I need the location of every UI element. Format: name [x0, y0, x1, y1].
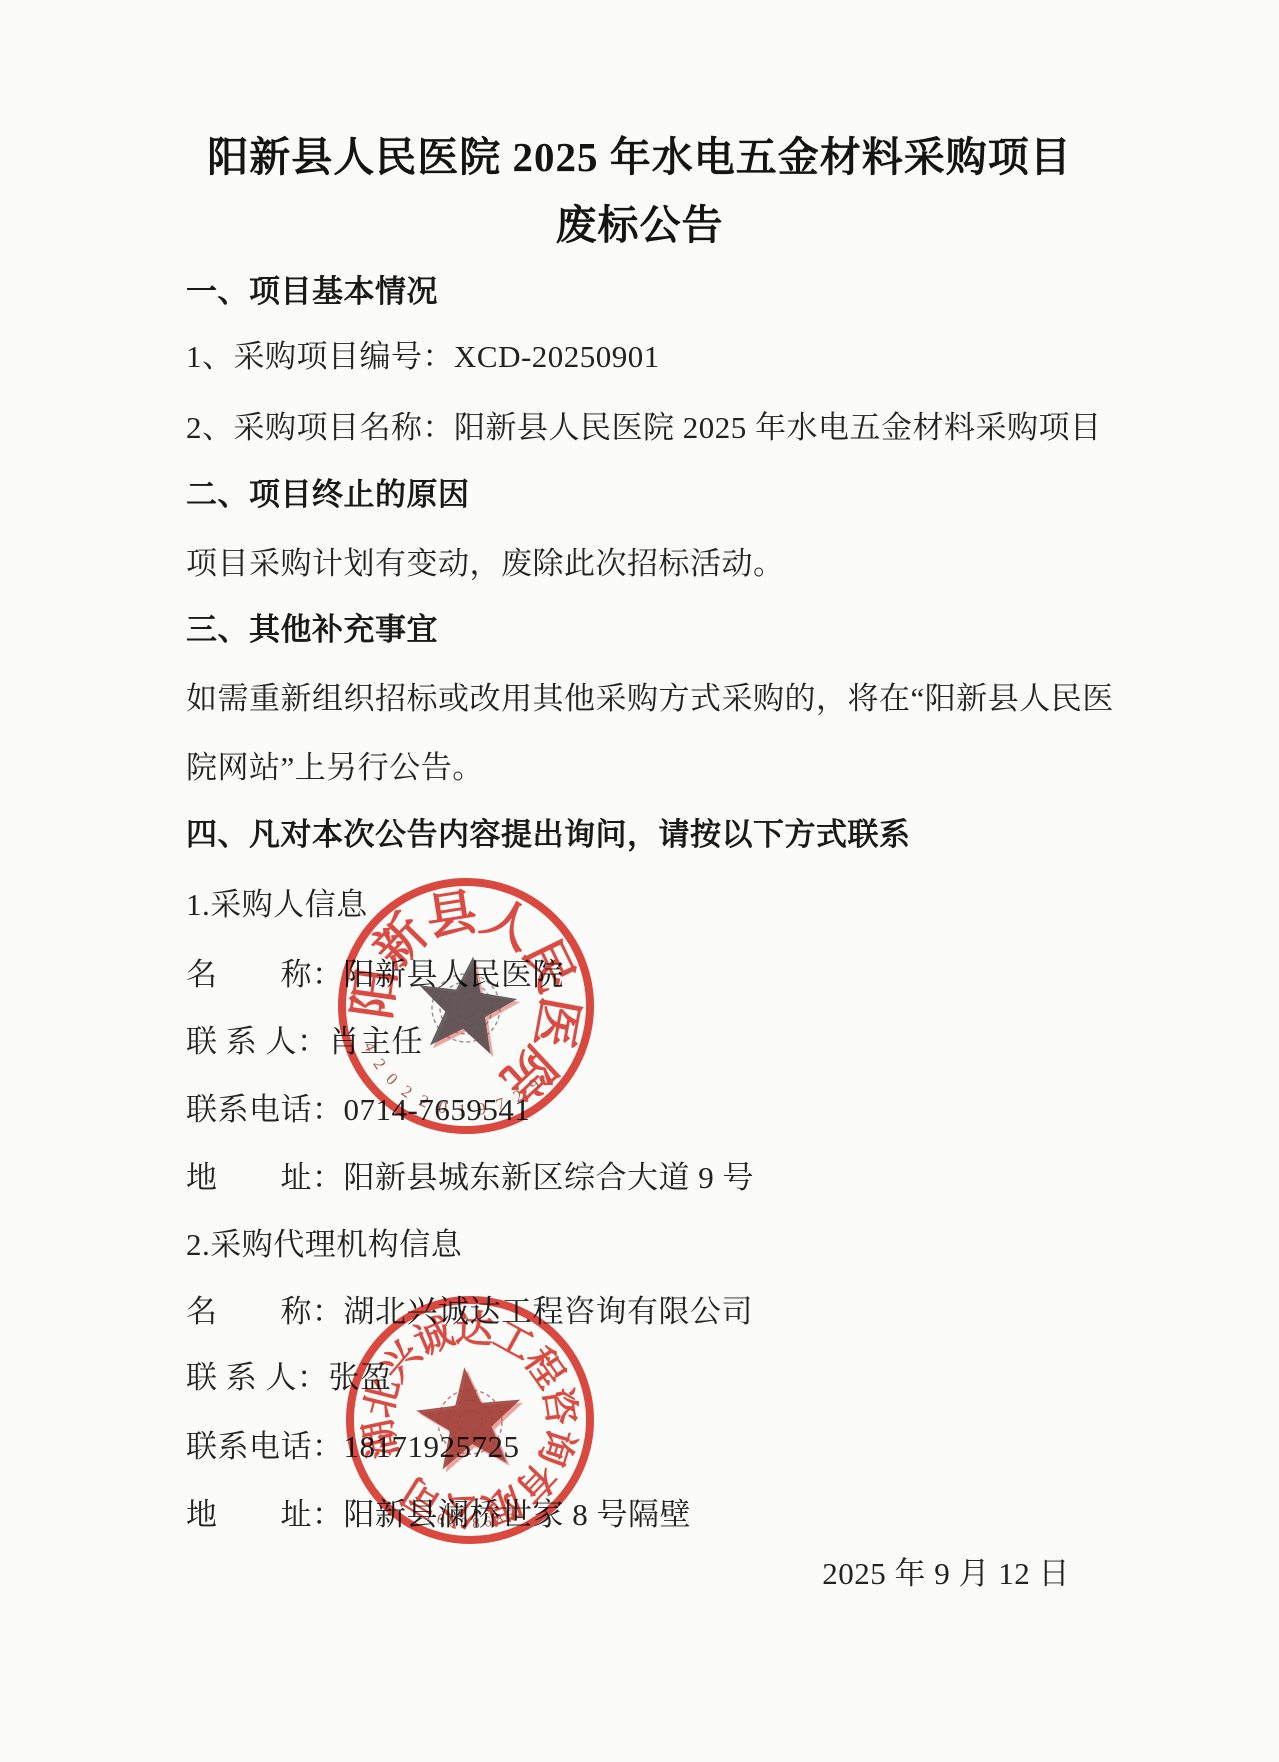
document-line: 四、凡对本次公告内容提出询问，请按以下方式联系: [186, 814, 911, 856]
seal-code-text: 9: [476, 1099, 487, 1119]
document-title-line2: 废标公告: [0, 192, 1279, 251]
seal-code-text: 7: [493, 1094, 508, 1115]
seal-ring-text: 湖: [358, 1416, 407, 1462]
seal-code-text: 0: [436, 1097, 449, 1117]
document-line: 2.采购代理机构信息: [186, 1224, 462, 1266]
seal-code-text: 2: [416, 1091, 431, 1112]
document-title-line1: 阳新县人民医院 2025 年水电五金材料采购项目: [0, 124, 1279, 183]
seal-code-text: 2: [369, 1055, 390, 1073]
seal-ring-text: 县: [423, 884, 481, 947]
document-line: 一、项目基本情况: [186, 271, 438, 313]
document-line: 1、采购项目编号：XCD-20250901: [186, 336, 660, 378]
seal-ring-text: 达: [454, 1308, 494, 1352]
seal-code-text: 4: [360, 1039, 381, 1055]
document-line: 院网站”上另行公告。: [186, 747, 484, 789]
seal-code-text: 0: [382, 1069, 401, 1088]
seal-code-text: 0: [460, 1516, 468, 1532]
seal-code-text: 8: [472, 1516, 480, 1532]
document-line: 三、其他补充事宜: [186, 609, 438, 651]
document-line: 2、采购项目名称：阳新县人民医院 2025 年水电五金材料采购项目: [186, 407, 1102, 449]
document-line: 地 址：阳新县城东新区综合大道 9 号: [186, 1157, 754, 1199]
document-line: 项目采购计划有变动，废除此次招标活动。: [186, 543, 785, 585]
seal-code-text: 2: [398, 1081, 416, 1101]
hospital-seal-stamp: 阳新县人民医院42022019729: [316, 856, 616, 1156]
document-page: 阳新县人民医院 2025 年水电五金材料采购项目 废标公告 一、项目基本情况1、…: [0, 0, 1279, 1762]
agency-seal-stamp: 湖北兴诚达工程咨询有限公司10008686: [320, 1270, 620, 1570]
seal-ring-text: 咨: [535, 1384, 582, 1428]
document-date: 2025 年 9 月 12 日: [600, 1548, 1070, 1593]
star-icon: [419, 957, 517, 1054]
document-line: 二、项目终止的原因: [186, 474, 470, 516]
seal-code-text: 1: [457, 1100, 466, 1119]
document-line: 如需重新组织招标或改用其他采购方式采购的，将在“阳新县人民医: [186, 678, 1114, 720]
